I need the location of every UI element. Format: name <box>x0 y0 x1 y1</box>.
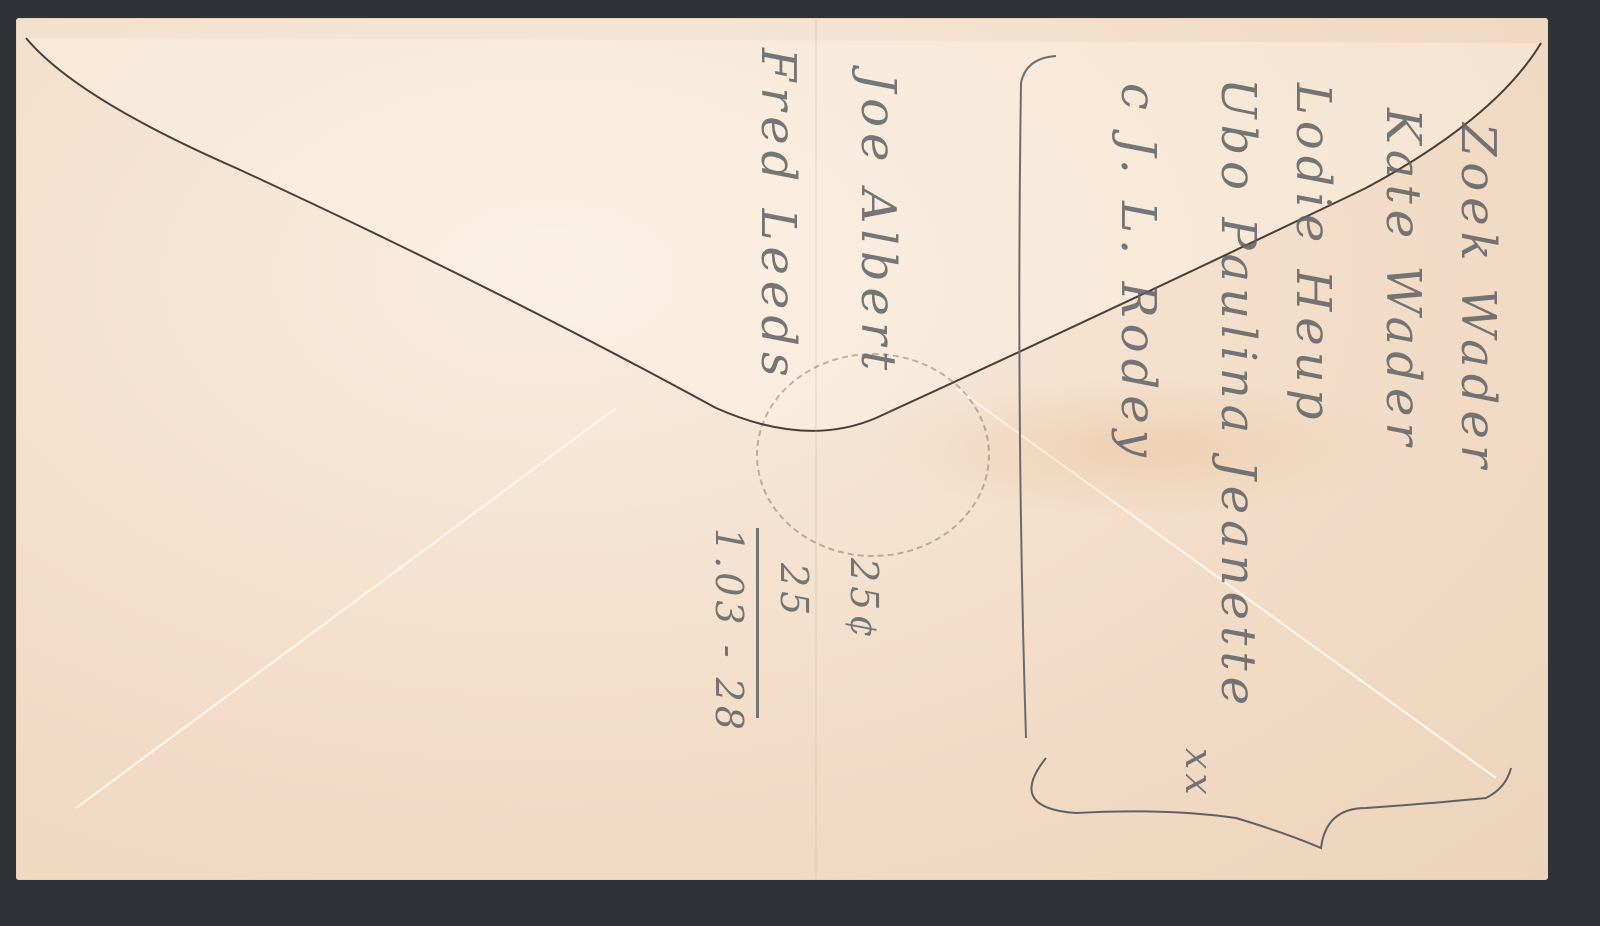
pencil-bracket <box>16 18 1548 880</box>
envelope-back: Zoek Wader Kate Wader Lodie Heup Ubo Pau… <box>16 18 1548 880</box>
